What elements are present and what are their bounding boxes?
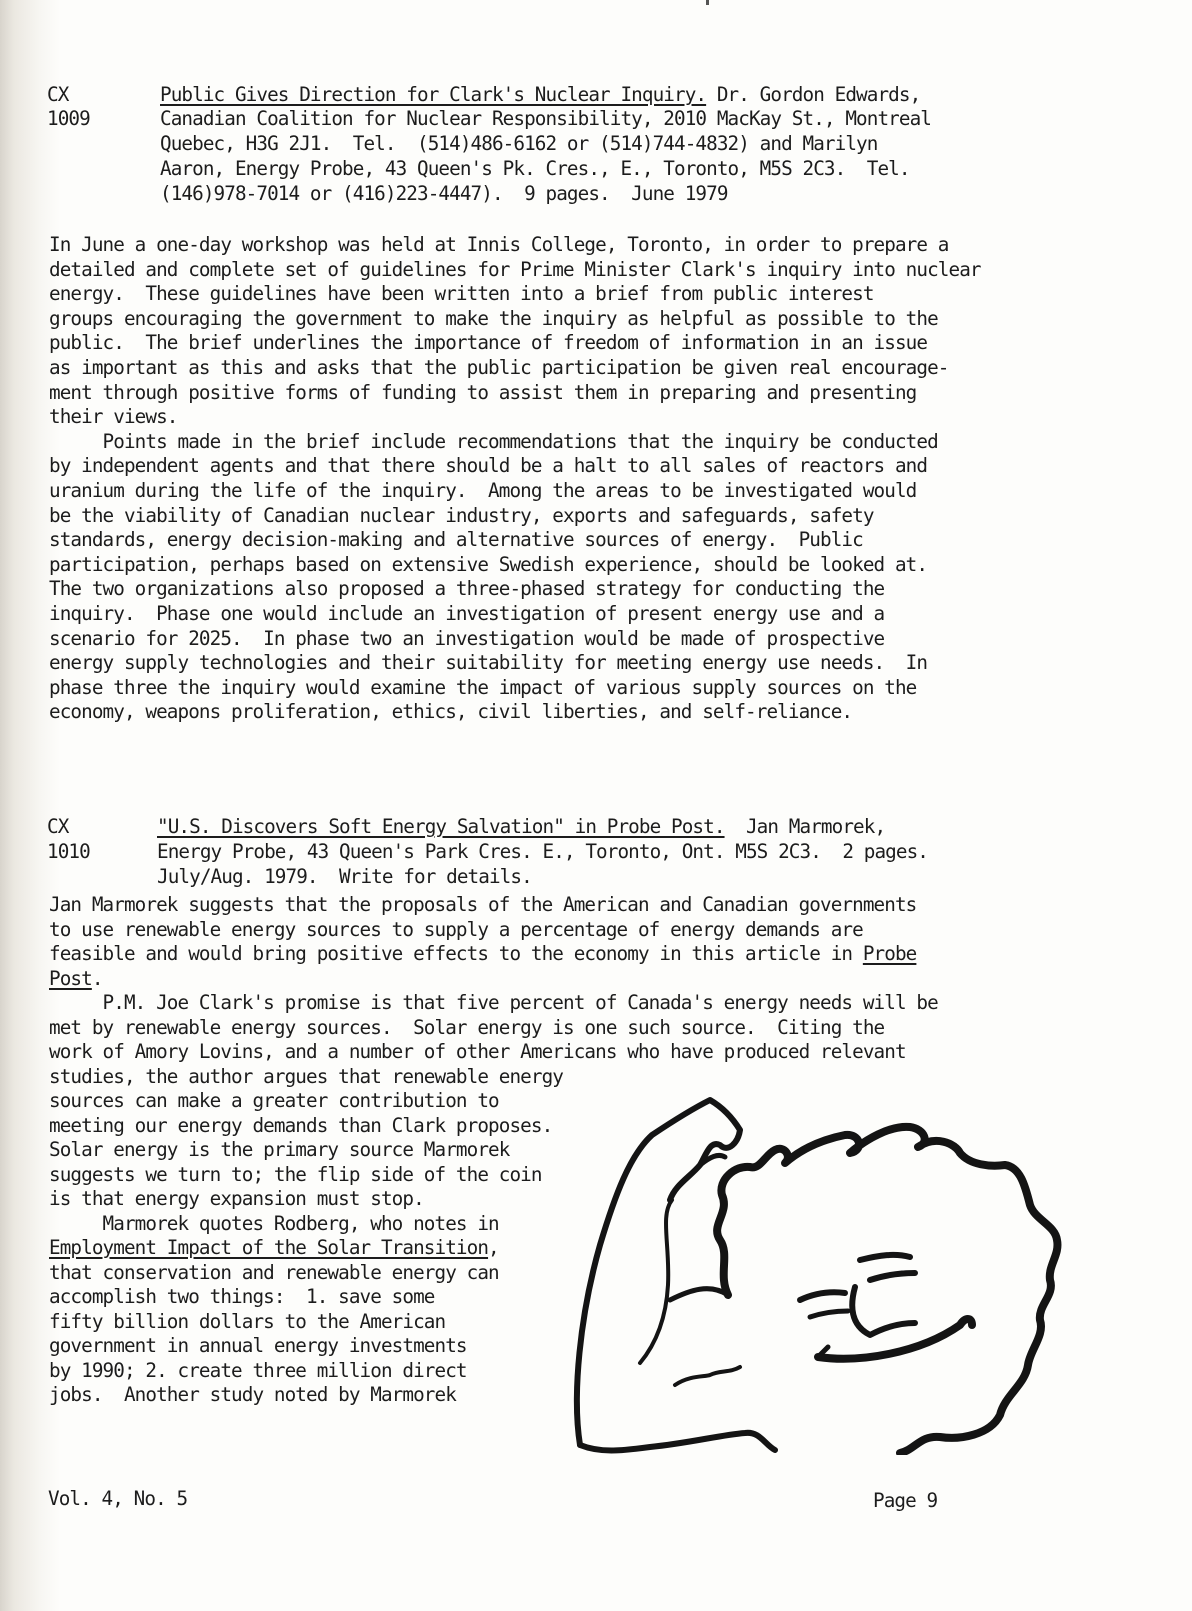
abstract-line: ment through positive forms of funding t… [49,381,916,405]
abstract-line: government in annual energy investments [49,1334,467,1358]
citation-line: Quebec, H3G 2J1. Tel. (514)486-6162 or (… [160,132,877,156]
abstract-line: as important as this and asks that the p… [49,356,949,380]
abstract-line: uranium during the life of the inquiry. … [49,479,916,503]
footer-page-number: Page 9 [873,1489,937,1513]
abstract-line: sources can make a greater contribution … [49,1089,499,1113]
abstract-line: participation, perhaps based on extensiv… [49,553,927,577]
flexed-arm-sun-face-drawing [560,1095,1080,1455]
abstract-line: economy, weapons proliferation, ethics, … [49,700,852,724]
citation-title: "U.S. Discovers Soft Energy Salvation" i… [157,815,725,838]
citation-line: Canadian Coalition for Nuclear Responsib… [160,107,931,131]
citation-line: Public Gives Direction for Clark's Nucle… [160,83,920,107]
abstract-line: accomplish two things: 1. save some [49,1285,435,1309]
abstract-line: by independent agents and that there sho… [49,454,927,478]
citation-line: July/Aug. 1979. Write for details. [157,865,532,889]
abstract-line: P.M. Joe Clark's promise is that five pe… [49,991,938,1015]
citation-line: Aaron, Energy Probe, 43 Queen's Pk. Cres… [160,157,910,181]
entry-number: 1010 [47,840,90,864]
abstract-line: standards, energy decision-making and al… [49,528,863,552]
book-title-ref: Employment Impact of the Solar Transitio… [49,1236,488,1259]
abstract-line: suggests we turn to; the flip side of th… [49,1163,542,1187]
abstract-line: Solar energy is the primary source Marmo… [49,1138,509,1162]
abstract-line: by 1990; 2. create three million direct [49,1359,467,1383]
abstract-line: studies, the author argues that renewabl… [49,1065,563,1089]
entry-code: CX [47,815,68,839]
citation-title: Public Gives Direction for Clark's Nucle… [160,83,706,106]
abstract-line: detailed and complete set of guidelines … [49,258,981,282]
abstract-line: to use renewable energy sources to suppl… [49,918,863,942]
abstract-line: scenario for 2025. In phase two an inves… [49,627,884,651]
abstract-line: Employment Impact of the Solar Transitio… [49,1236,499,1260]
abstract-line: groups encouraging the government to mak… [49,307,938,331]
footer-volume: Vol. 4, No. 5 [48,1487,187,1511]
abstract-line: their views. [49,405,178,429]
abstract-line: The two organizations also proposed a th… [49,577,884,601]
abstract-line: public. The brief underlines the importa… [49,331,927,355]
abstract-line: energy. These guidelines have been writt… [49,282,874,306]
abstract-line: work of Amory Lovins, and a number of ot… [49,1040,906,1064]
abstract-line: Jan Marmorek suggests that the proposals… [49,893,916,917]
abstract-line: Marmorek quotes Rodberg, who notes in [49,1212,499,1236]
abstract-line: In June a one-day workshop was held at I… [49,233,949,257]
publication-title-ref: Post [49,967,92,990]
abstract-line: meeting our energy demands than Clark pr… [49,1114,552,1138]
abstract-line: met by renewable energy sources. Solar e… [49,1016,884,1040]
publication-title-ref: Probe [863,942,917,965]
abstract-line: inquiry. Phase one would include an inve… [49,602,884,626]
abstract-line: that conservation and renewable energy c… [49,1261,499,1285]
abstract-line: energy supply technologies and their sui… [49,651,927,675]
scan-mark [706,0,709,5]
abstract-line: Post. [49,967,103,991]
citation-line: "U.S. Discovers Soft Energy Salvation" i… [157,815,885,839]
abstract-line: be the viability of Canadian nuclear ind… [49,504,874,528]
abstract-line: is that energy expansion must stop. [49,1187,424,1211]
abstract-line: jobs. Another study noted by Marmorek [49,1383,456,1407]
abstract-line: phase three the inquiry would examine th… [49,676,916,700]
entry-number: 1009 [47,107,90,131]
citation-line: Energy Probe, 43 Queen's Park Cres. E., … [157,840,928,864]
citation-line: (146)978-7014 or (416)223-4447). 9 pages… [160,182,728,206]
entry-code: CX [47,83,68,107]
abstract-line: feasible and would bring positive effect… [49,942,916,966]
abstract-line: fifty billion dollars to the American [49,1310,445,1334]
abstract-line: Points made in the brief include recomme… [49,430,938,454]
